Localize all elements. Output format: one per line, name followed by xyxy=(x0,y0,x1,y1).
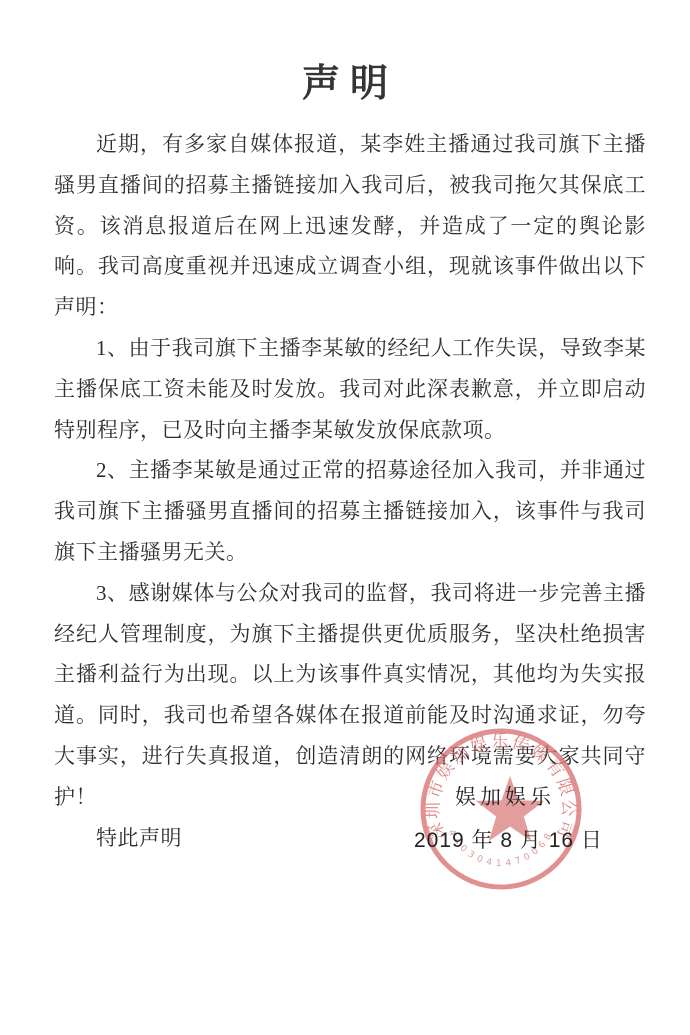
signature-company-name: 娱加娱乐 xyxy=(455,781,555,811)
paragraph-intro: 近期，有多家自媒体报道，某李姓主播通过我司旗下主播骚男直播间的招募主播链接加入我… xyxy=(54,124,646,328)
paragraph-item-1: 1、由于我司旗下主播李某敏的经纪人工作失误，导致李某主播保底工资未能及时发放。我… xyxy=(54,328,646,450)
signature-date: 2019 年 8 月 16 日 xyxy=(414,824,603,854)
paragraph-item-2: 2、主播李某敏是通过正常的招募途径加入我司，并非通过我司旗下主播骚男直播间的招募… xyxy=(54,450,646,572)
statement-document-page: 声明 近期，有多家自媒体报道，某李姓主播通过我司旗下主播骚男直播间的招募主播链接… xyxy=(0,0,690,1035)
document-title: 声明 xyxy=(0,0,690,107)
